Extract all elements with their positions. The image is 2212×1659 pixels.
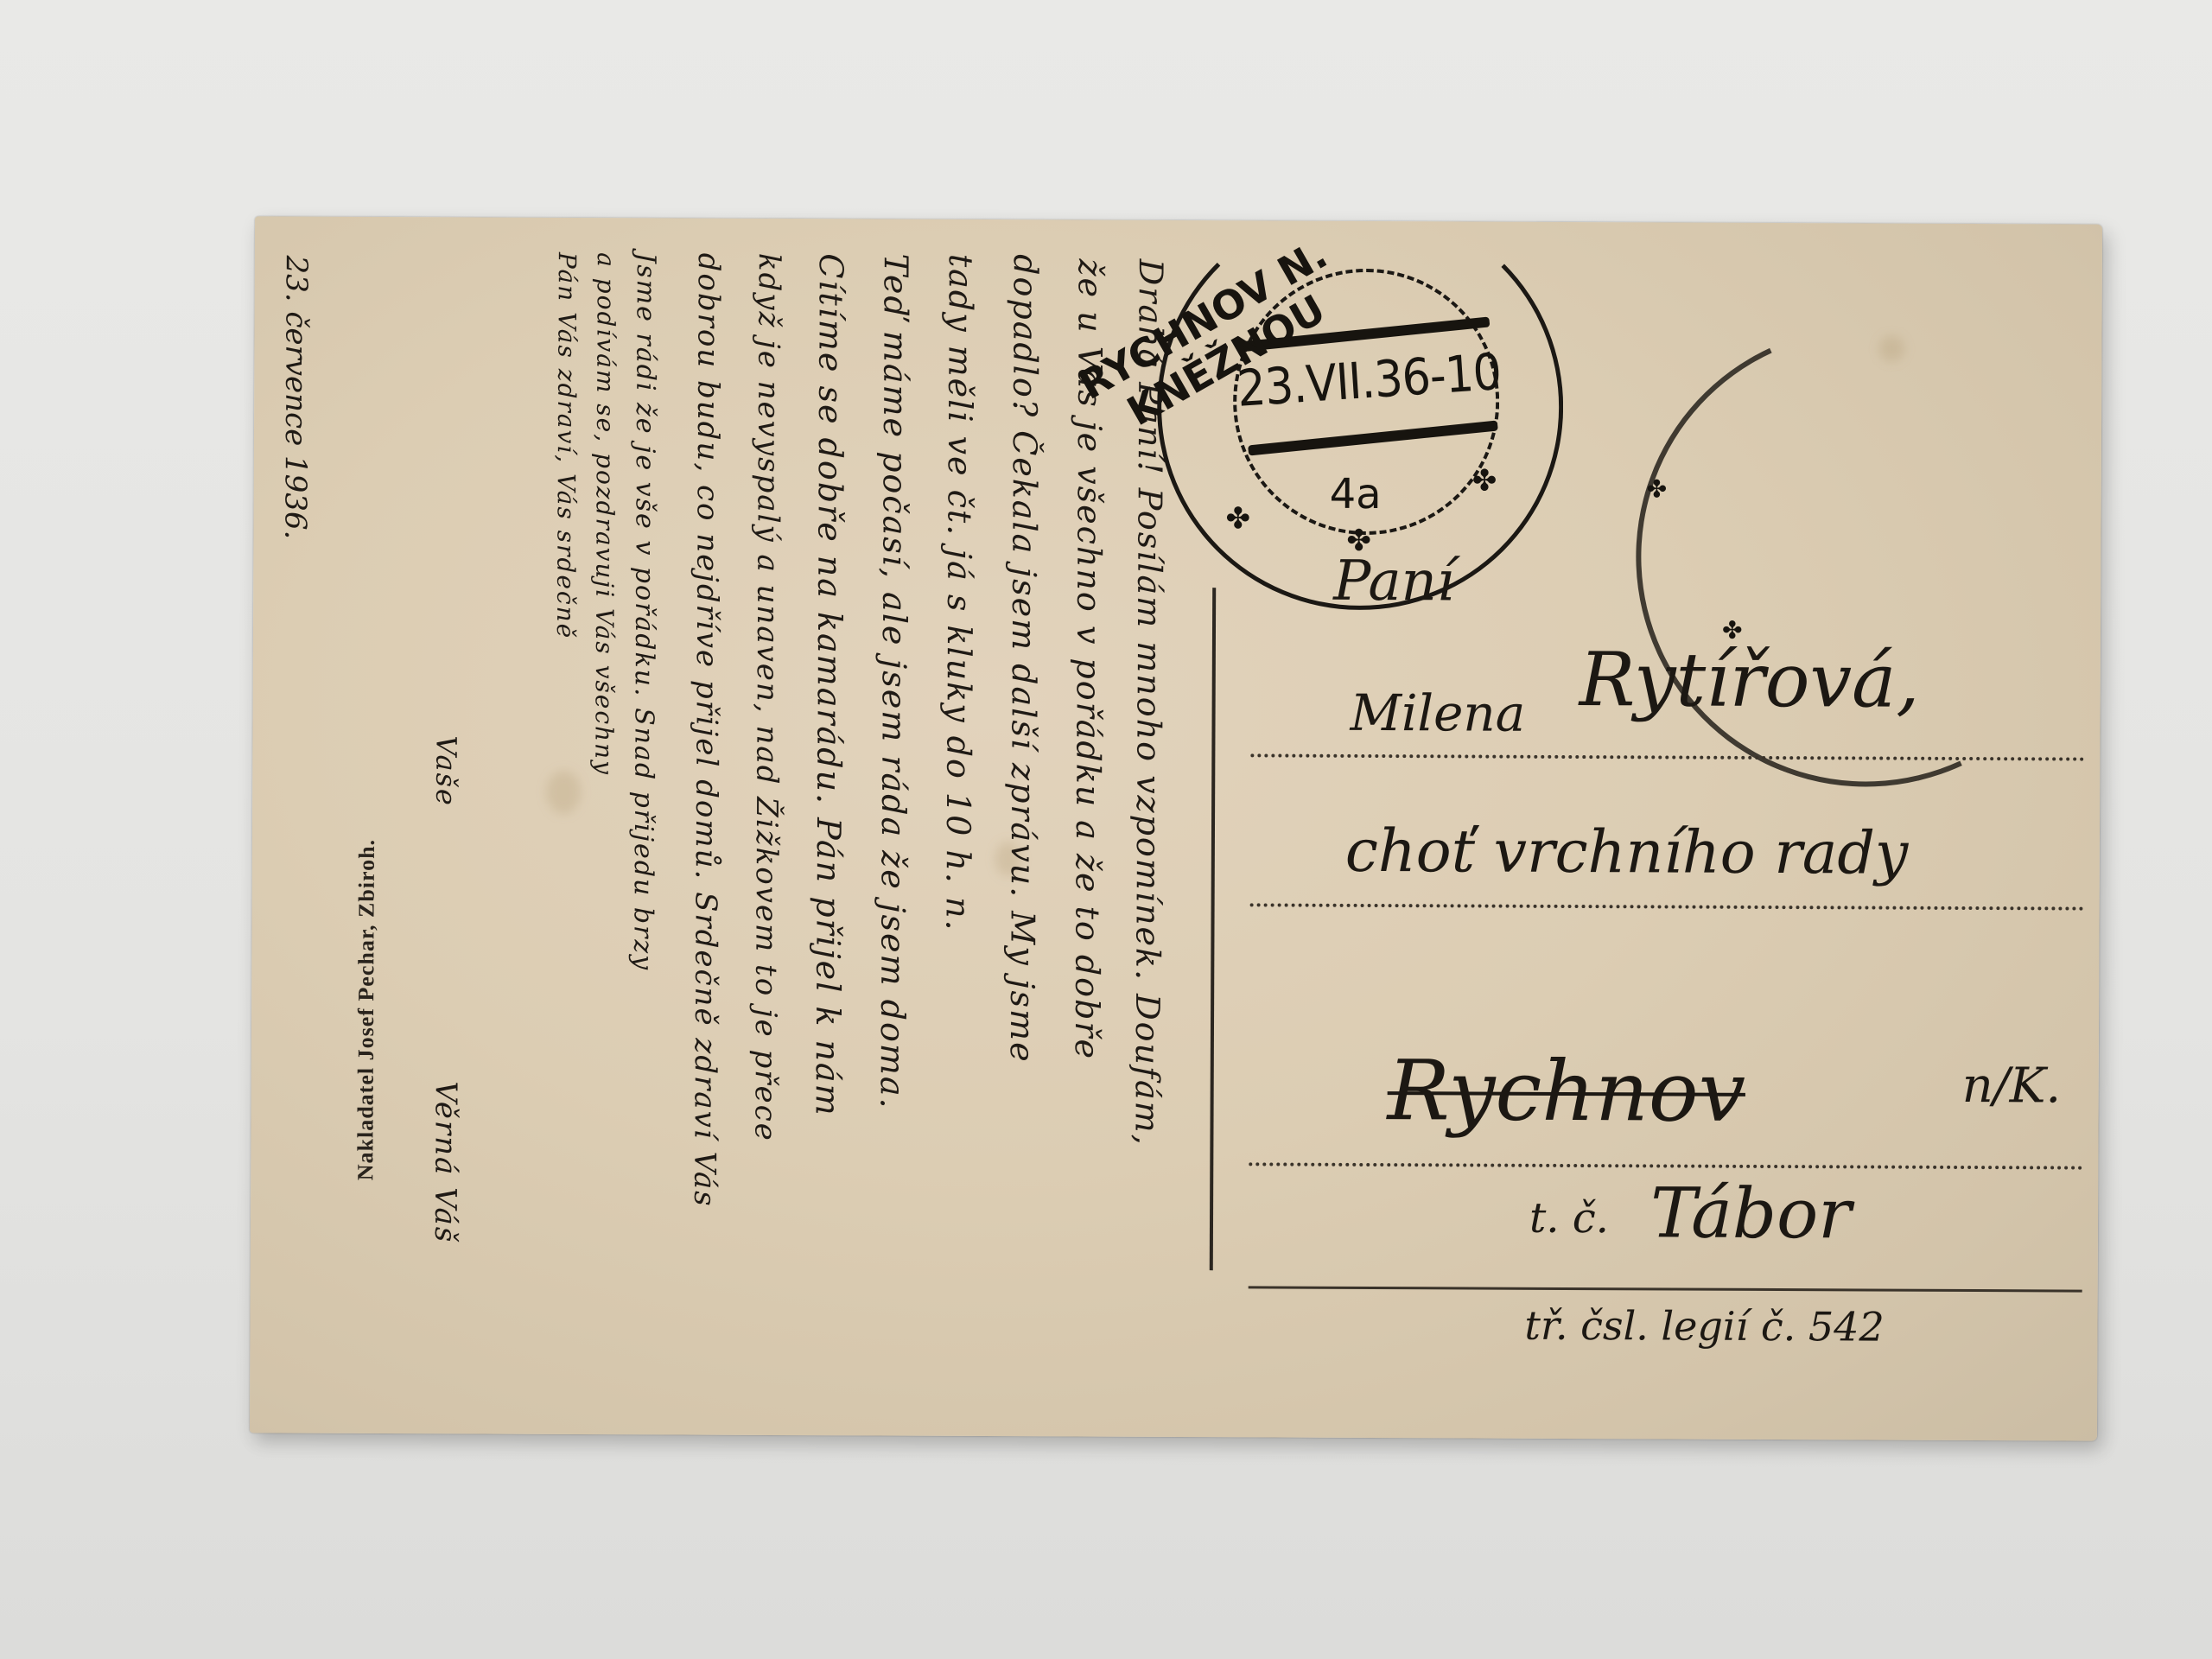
message-line: Pán Vás zdraví, Vás srdečně bbox=[551, 252, 582, 639]
address-forward-prefix: t. č. bbox=[1529, 1194, 1609, 1243]
address-forward-city: Tábor bbox=[1650, 1173, 1852, 1254]
postmark-code: 4a bbox=[1330, 470, 1382, 518]
address-line-solid bbox=[1249, 1286, 2082, 1292]
address-salutation: Paní bbox=[1333, 550, 1454, 614]
message-line: Teď máme počasí, ale jsem ráda že jsem d… bbox=[874, 253, 915, 1109]
clover-icon: ✤ bbox=[1472, 463, 1497, 498]
address-line bbox=[1249, 1162, 2082, 1169]
address-first-name: Milena bbox=[1350, 683, 1525, 743]
address-street: tř. čsl. legií č. 542 bbox=[1524, 1302, 1884, 1351]
postcard: 23. července 1936. Nakladatel Josef Pech… bbox=[250, 216, 2102, 1440]
address-line bbox=[1250, 903, 2084, 910]
address-title: choť vrchního rady bbox=[1345, 817, 1909, 888]
address-last-name: Rytířová, bbox=[1580, 637, 1920, 725]
publisher-imprint: Nakladatel Josef Pechar, Zbiroh. bbox=[353, 839, 380, 1180]
clover-icon: ✤ bbox=[1647, 474, 1668, 503]
message-line: Jsme rádi že je vše v pořádku. Snad přij… bbox=[627, 252, 661, 971]
postmark-partial-ring bbox=[1571, 262, 2161, 852]
card-divider bbox=[1210, 588, 1216, 1270]
address-city-suffix: n/K. bbox=[1962, 1058, 2062, 1114]
message-date: 23. července 1936. bbox=[277, 255, 313, 539]
message-line: když je nevyspalý a unaven, nad Žižkovem… bbox=[747, 253, 785, 1142]
message-line: dopadlo? Čekala jsem další zprávu. My js… bbox=[1003, 254, 1045, 1064]
message-line: Cítíme se dobře na kamarádu. Pán přijel … bbox=[809, 253, 850, 1117]
stain bbox=[546, 771, 581, 814]
message-line: a podívám se, pozdravuji Vás všechny bbox=[589, 252, 620, 776]
message-closing: Věrná Váš bbox=[428, 1081, 463, 1243]
message-line: dobrou budu, co nejdříve přijel domů. Sr… bbox=[687, 253, 726, 1208]
clover-icon: ✤ bbox=[1225, 501, 1250, 536]
address-city-struck: Rychnov bbox=[1387, 1042, 1745, 1141]
message-line: tady měli ve čt. já s kluky do 10 h. n. bbox=[938, 254, 979, 932]
message-signature: Vaše bbox=[429, 735, 462, 807]
